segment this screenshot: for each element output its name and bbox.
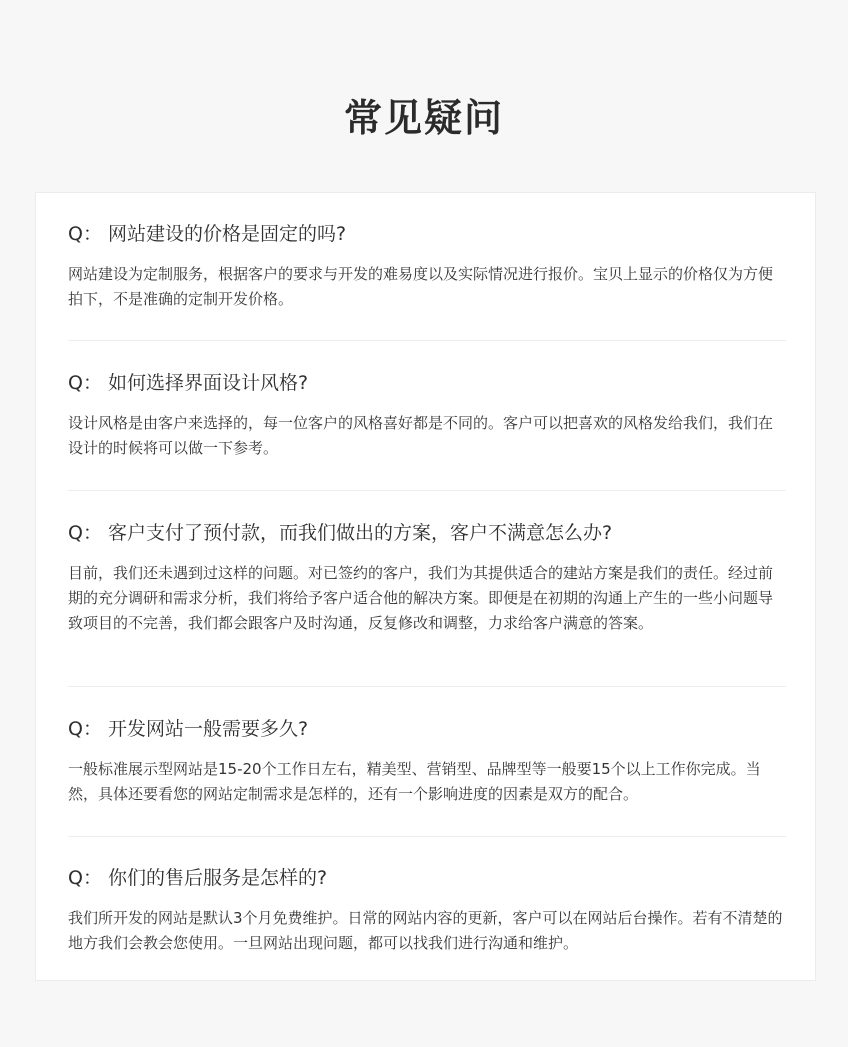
divider bbox=[68, 836, 786, 837]
q-prefix: Q： bbox=[68, 522, 102, 544]
faq-answer: 我们所开发的网站是默认3个月免费维护。日常的网站内容的更新，客户可以在网站后台操… bbox=[68, 906, 786, 956]
divider bbox=[68, 340, 786, 341]
faq-question: Q：开发网站一般需要多久? bbox=[68, 715, 786, 743]
faq-answer: 一般标准展示型网站是15-20个工作日左右，精美型、营销型、品牌型等一般要15个… bbox=[68, 757, 786, 807]
faq-answer: 目前，我们还未遇到过这样的问题。对已签约的客户，我们为其提供适合的建站方案是我们… bbox=[68, 561, 786, 636]
q-prefix: Q： bbox=[68, 223, 102, 245]
q-prefix: Q： bbox=[68, 372, 102, 394]
divider bbox=[68, 490, 786, 491]
faq-question: Q：客户支付了预付款，而我们做出的方案，客户不满意怎么办? bbox=[68, 519, 786, 547]
question-text: 网站建设的价格是固定的吗? bbox=[108, 223, 346, 245]
divider bbox=[68, 686, 786, 687]
faq-item: Q：客户支付了预付款，而我们做出的方案，客户不满意怎么办? 目前，我们还未遇到过… bbox=[68, 519, 786, 636]
q-prefix: Q： bbox=[68, 867, 102, 889]
faq-item: Q：网站建设的价格是固定的吗? 网站建设为定制服务，根据客户的要求与开发的难易度… bbox=[68, 220, 786, 312]
faq-question: Q：你们的售后服务是怎样的? bbox=[68, 864, 786, 892]
faq-answer: 网站建设为定制服务，根据客户的要求与开发的难易度以及实际情况进行报价。宝贝上显示… bbox=[68, 262, 786, 312]
question-text: 你们的售后服务是怎样的? bbox=[108, 867, 327, 889]
question-text: 客户支付了预付款，而我们做出的方案，客户不满意怎么办? bbox=[108, 522, 612, 544]
page-title: 常见疑问 bbox=[0, 92, 848, 144]
faq-item: Q：如何选择界面设计风格? 设计风格是由客户来选择的，每一位客户的风格喜好都是不… bbox=[68, 369, 786, 461]
faq-answer: 设计风格是由客户来选择的，每一位客户的风格喜好都是不同的。客户可以把喜欢的风格发… bbox=[68, 411, 786, 461]
q-prefix: Q： bbox=[68, 718, 102, 740]
faq-item: Q：开发网站一般需要多久? 一般标准展示型网站是15-20个工作日左右，精美型、… bbox=[68, 715, 786, 807]
question-text: 开发网站一般需要多久? bbox=[108, 718, 308, 740]
faq-question: Q：如何选择界面设计风格? bbox=[68, 369, 786, 397]
faq-card: Q：网站建设的价格是固定的吗? 网站建设为定制服务，根据客户的要求与开发的难易度… bbox=[35, 192, 816, 981]
faq-item: Q：你们的售后服务是怎样的? 我们所开发的网站是默认3个月免费维护。日常的网站内… bbox=[68, 864, 786, 956]
faq-question: Q：网站建设的价格是固定的吗? bbox=[68, 220, 786, 248]
question-text: 如何选择界面设计风格? bbox=[108, 372, 308, 394]
